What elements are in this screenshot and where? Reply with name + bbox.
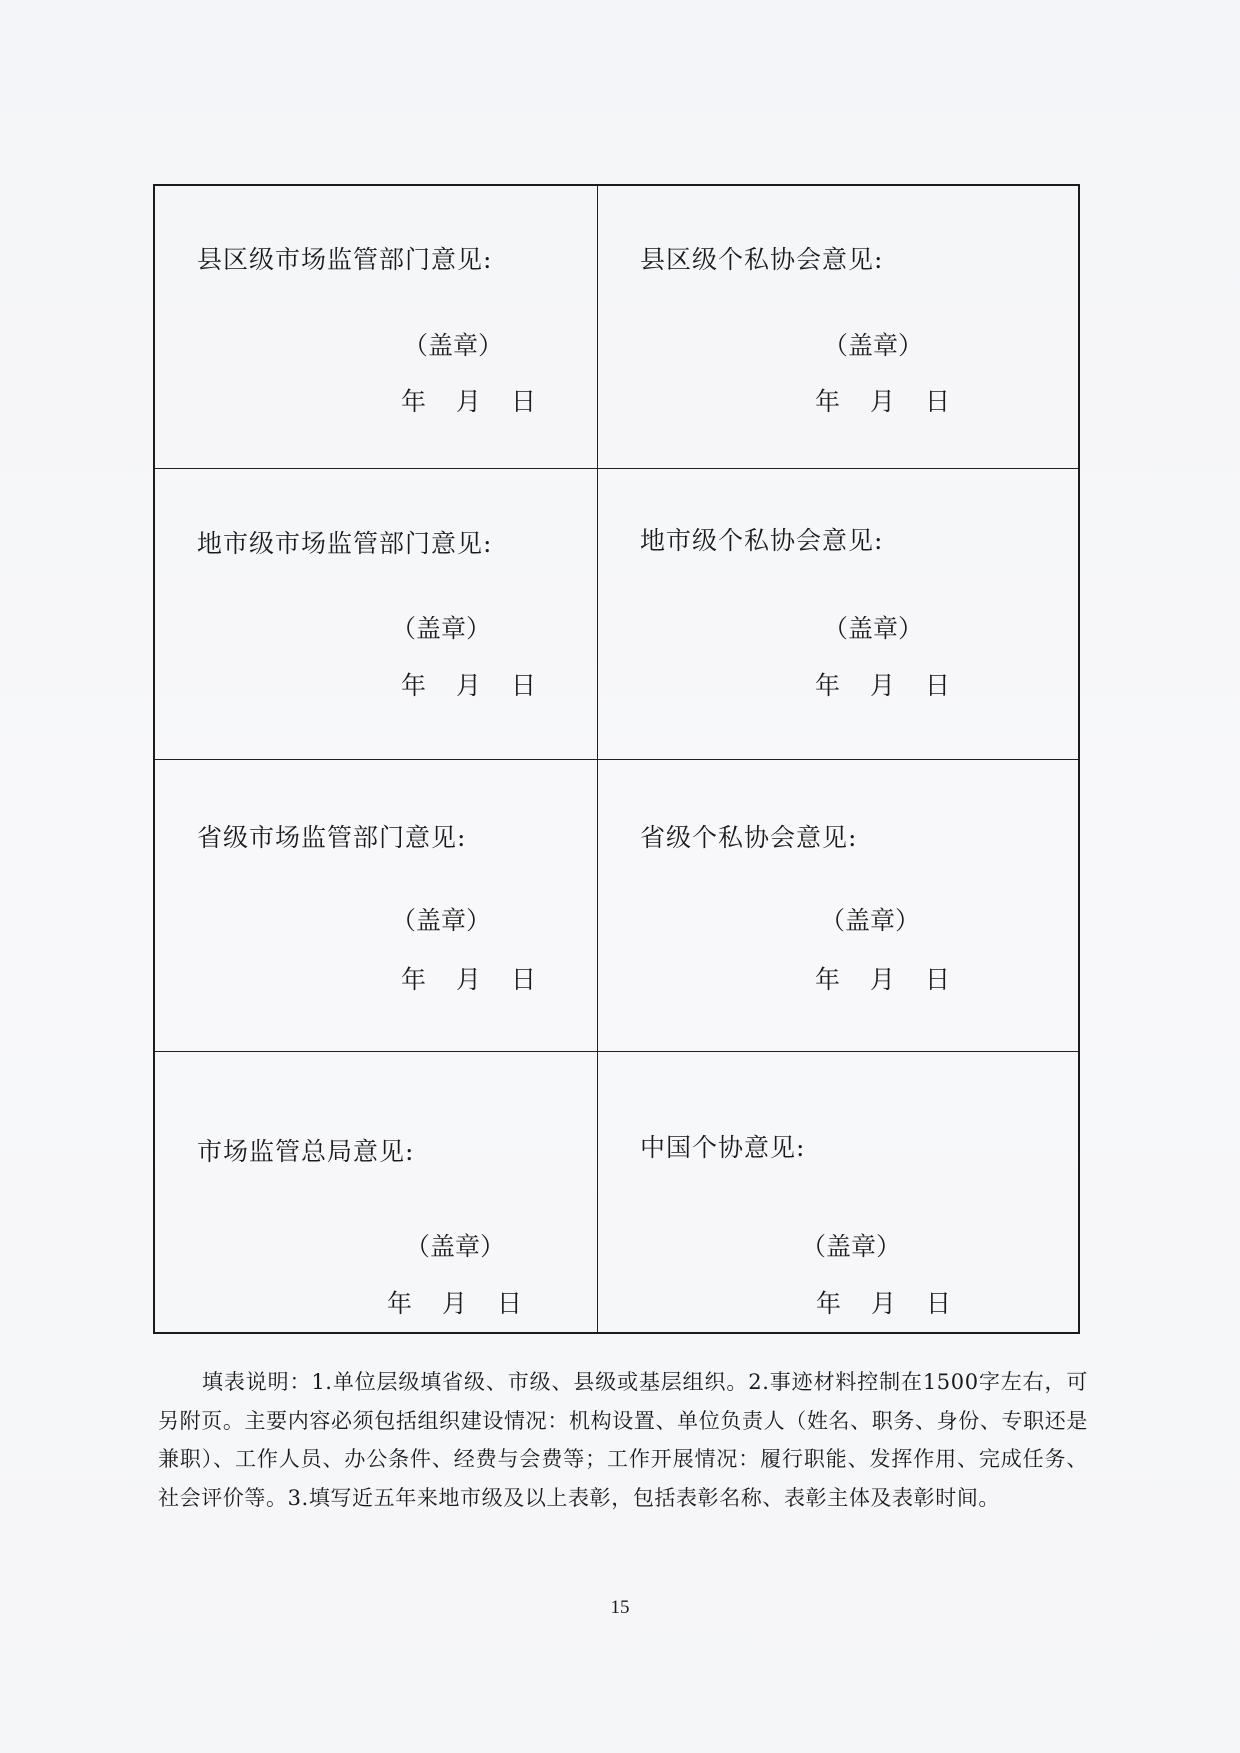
date-year: 年 — [401, 382, 426, 418]
date-year: 年 — [815, 666, 840, 702]
cell-title: 县区级个私协会意见: — [640, 240, 883, 276]
date-month: 月 — [456, 666, 481, 702]
date-day: 日 — [511, 382, 536, 418]
cell-city-market-supervision: 地市级市场监管部门意见: （盖章） 年月日 — [155, 469, 598, 760]
cell-county-association: 县区级个私协会意见: （盖章） 年月日 — [598, 186, 1078, 469]
cell-title: 市场监管总局意见: — [197, 1132, 414, 1168]
date-month: 月 — [456, 960, 481, 996]
seal-label: （盖章） — [823, 609, 923, 645]
date-year: 年 — [401, 666, 426, 702]
date-line: 年月日 — [815, 666, 950, 702]
cell-title: 地市级个私协会意见: — [640, 521, 883, 557]
seal-label: （盖章） — [820, 901, 920, 937]
date-day: 日 — [925, 382, 950, 418]
date-day: 日 — [511, 666, 536, 702]
date-year: 年 — [815, 960, 840, 996]
date-day: 日 — [925, 666, 950, 702]
cell-title: 地市级市场监管部门意见: — [197, 524, 492, 560]
date-line: 年月日 — [816, 1284, 951, 1320]
date-month: 月 — [870, 960, 895, 996]
cell-title: 中国个协意见: — [640, 1128, 805, 1164]
date-line: 年月日 — [815, 960, 950, 996]
cell-province-association: 省级个私协会意见: （盖章） 年月日 — [598, 760, 1078, 1052]
seal-label: （盖章） — [801, 1227, 901, 1263]
fill-instructions: 填表说明：1.单位层级填省级、市级、县级或基层组织。2.事迹材料控制在1500字… — [158, 1363, 1088, 1517]
date-line: 年月日 — [401, 960, 536, 996]
date-day: 日 — [497, 1284, 522, 1320]
date-day: 日 — [926, 1284, 951, 1320]
date-month: 月 — [870, 666, 895, 702]
date-year: 年 — [401, 960, 426, 996]
cell-title: 省级个私协会意见: — [640, 818, 857, 854]
document-page: 县区级市场监管部门意见: （盖章） 年月日 县区级个私协会意见: （盖章） 年月… — [0, 0, 1240, 1753]
date-day: 日 — [925, 960, 950, 996]
date-year: 年 — [816, 1284, 841, 1320]
date-month: 月 — [871, 1284, 896, 1320]
seal-label: （盖章） — [391, 901, 491, 937]
cell-province-market-supervision: 省级市场监管部门意见: （盖章） 年月日 — [155, 760, 598, 1052]
cell-county-market-supervision: 县区级市场监管部门意见: （盖章） 年月日 — [155, 186, 598, 469]
cell-title: 县区级市场监管部门意见: — [197, 240, 492, 276]
date-line: 年月日 — [387, 1284, 522, 1320]
cell-china-association: 中国个协意见: （盖章） 年月日 — [598, 1052, 1078, 1332]
page-number: 15 — [0, 1597, 1240, 1619]
cell-samr-headquarters: 市场监管总局意见: （盖章） 年月日 — [155, 1052, 598, 1332]
date-year: 年 — [387, 1284, 412, 1320]
seal-label: （盖章） — [405, 1227, 505, 1263]
date-line: 年月日 — [401, 382, 536, 418]
opinion-table: 县区级市场监管部门意见: （盖章） 年月日 县区级个私协会意见: （盖章） 年月… — [153, 184, 1080, 1334]
date-day: 日 — [511, 960, 536, 996]
date-month: 月 — [870, 382, 895, 418]
date-year: 年 — [815, 382, 840, 418]
cell-title: 省级市场监管部门意见: — [197, 818, 466, 854]
seal-label: （盖章） — [391, 609, 491, 645]
seal-label: （盖章） — [403, 326, 503, 362]
date-month: 月 — [442, 1284, 467, 1320]
date-line: 年月日 — [815, 382, 950, 418]
cell-city-association: 地市级个私协会意见: （盖章） 年月日 — [598, 469, 1078, 760]
date-line: 年月日 — [401, 666, 536, 702]
date-month: 月 — [456, 382, 481, 418]
seal-label: （盖章） — [823, 326, 923, 362]
